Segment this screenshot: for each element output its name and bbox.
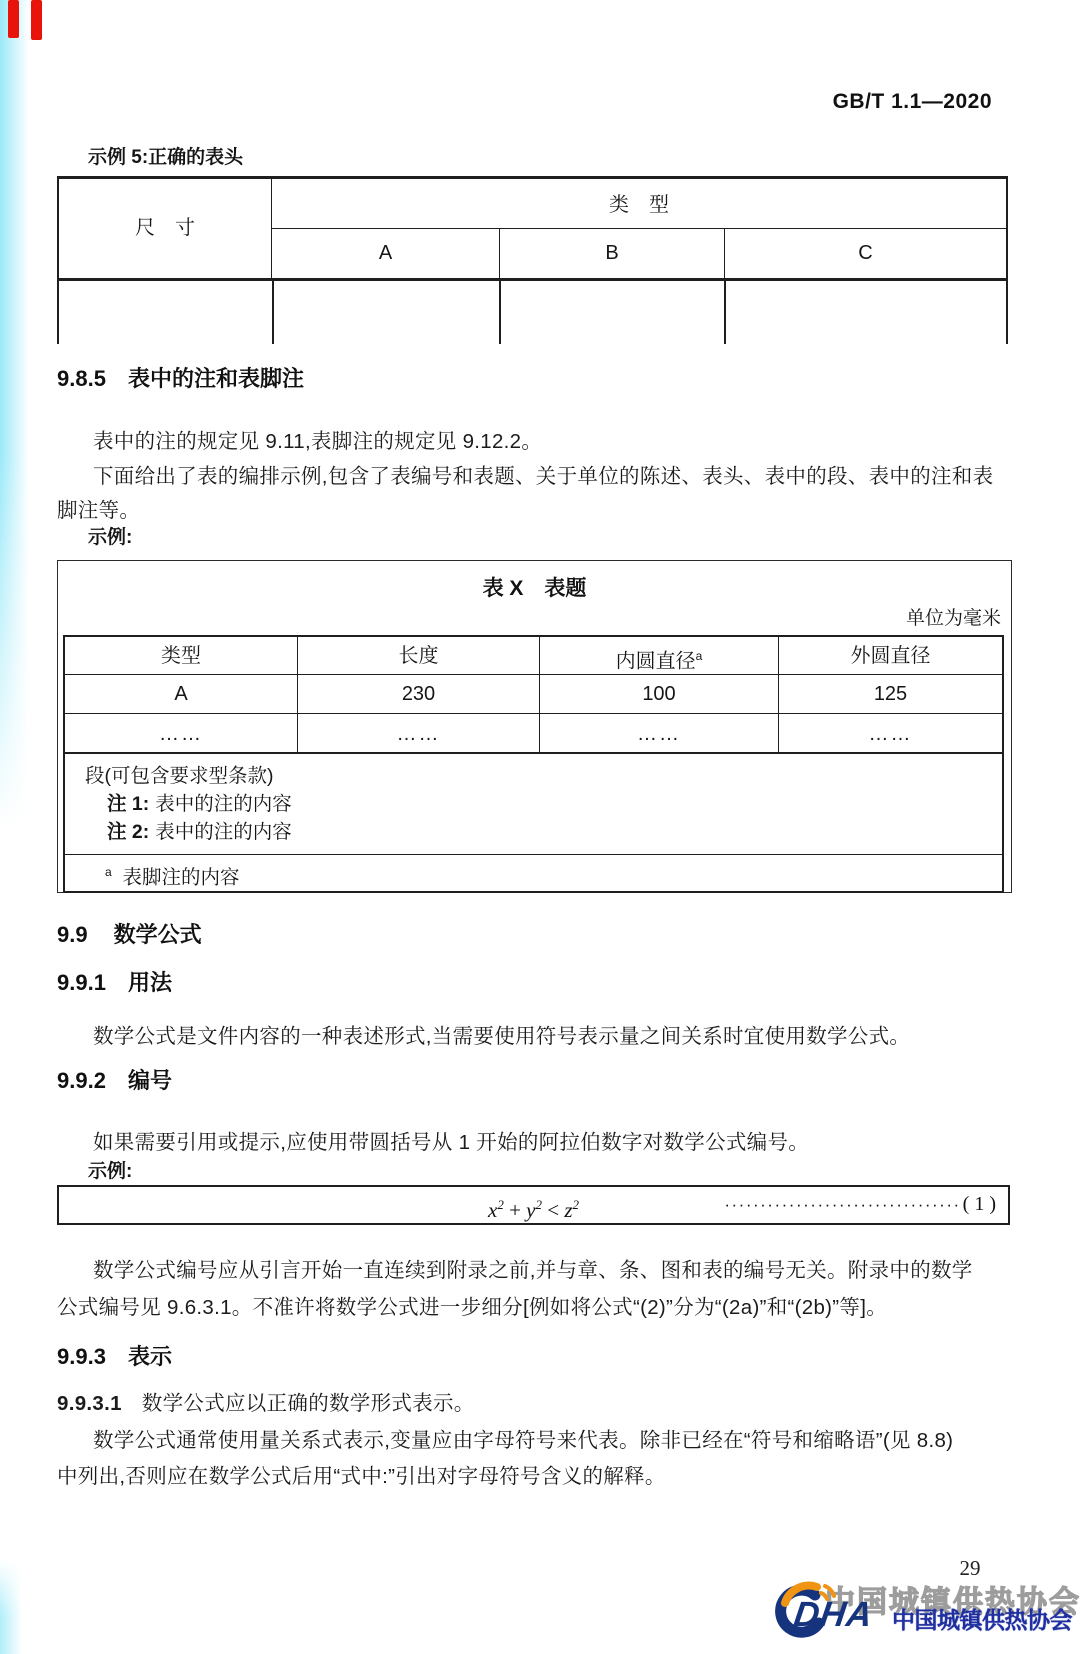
table-head-example: 尺 寸 类 型 A B C	[57, 176, 1008, 344]
example-table-box: 表 X 表题 单位为毫米 类型 长度 内圆直径a 外圆直径 A 230 100 …	[57, 560, 1012, 893]
section-991-heading: 9.9.1用法	[57, 966, 172, 997]
red-mark-2	[31, 0, 42, 40]
document-page: GB/T 1.1—2020 示例 5:正确的表头 尺 寸 类 型 A B C 9…	[0, 0, 1080, 1654]
cell: 230	[297, 675, 539, 713]
para-example-intro-line1: 下面给出了表的编排示例,包含了表编号和表题、关于单位的陈述、表头、表中的段、表中…	[93, 458, 993, 495]
example5-label: 示例 5:正确的表头	[88, 142, 243, 169]
header-inner-diameter: 内圆直径a	[539, 637, 778, 674]
formula-plus: +	[504, 1198, 526, 1222]
header-outer-diameter: 外圆直径	[778, 637, 1002, 674]
table1-cell-c: C	[724, 229, 1006, 278]
section-991-number: 9.9.1	[57, 970, 106, 995]
section-993-title: 表示	[128, 1344, 172, 1369]
table1-body-vline	[272, 281, 274, 344]
table-note-2: 注 2:表中的注的内容	[85, 818, 1002, 846]
para-notes-rule: 表中的注的规定见 9.11,表脚注的规定见 9.12.2。	[93, 423, 542, 460]
example-label-formula: 示例:	[88, 1156, 132, 1183]
section-9931-text: 数学公式应以正确的数学形式表示。	[142, 1392, 475, 1415]
org-logo: 中国城镇供热协会 DHA 中国城镇供热协会	[730, 1575, 1080, 1653]
example-table-unit-note: 单位为毫米	[906, 603, 1001, 630]
footnote-sup: a	[105, 865, 112, 879]
section-985-number: 9.8.5	[57, 366, 106, 391]
example-table: 类型 长度 内圆直径a 外圆直径 A 230 100 125 …… …… …… …	[63, 635, 1004, 893]
footnote-text: 表脚注的内容	[123, 867, 240, 889]
example-table-row-a: A 230 100 125	[65, 675, 1002, 714]
formula-number-leader: ·································( 1 )	[724, 1187, 996, 1223]
table1-cell-dimension: 尺 寸	[59, 179, 272, 278]
section-993-number: 9.9.3	[57, 1344, 106, 1369]
example-table-notes-section: 段(可包含要求型条款) 注 1:表中的注的内容 注 2:表中的注的内容	[65, 754, 1002, 855]
para-formula-numbering: 如果需要引用或提示,应使用带圆括号从 1 开始的阿拉伯数字对数学公式编号。	[93, 1124, 809, 1161]
red-mark-1	[8, 0, 19, 38]
note1-label: 注 1:	[107, 793, 149, 815]
cell: ……	[65, 714, 297, 752]
section-9931-number: 9.9.3.1	[57, 1392, 122, 1415]
formula-var-x: x	[488, 1198, 497, 1222]
section-992-title: 编号	[128, 1068, 172, 1093]
section-99-heading: 9.9数学公式	[57, 918, 202, 949]
doc-code-header: GB/T 1.1—2020	[833, 90, 992, 114]
table-paragraph: 段(可包含要求型条款)	[85, 762, 1002, 790]
section-9931-runin: 9.9.3.1数学公式应以正确的数学形式表示。	[57, 1385, 475, 1422]
section-992-heading: 9.9.2编号	[57, 1064, 172, 1095]
section-985-title: 表中的注和表脚注	[128, 366, 304, 391]
example-label: 示例:	[88, 522, 132, 549]
header-inner-diameter-sup: a	[696, 649, 703, 663]
cell: A	[65, 675, 297, 713]
cell: ……	[539, 714, 778, 752]
para-numbering-rule-line1: 数学公式编号应从引言开始一直连续到附录之前,并与章、条、图和表的编号无关。附录中…	[93, 1252, 973, 1289]
header-length: 长度	[297, 637, 539, 674]
para-numbering-rule-line2: 公式编号见 9.6.3.1。不准许将数学公式进一步细分[例如将公式“(2)”分为…	[57, 1289, 887, 1326]
formula-number: ( 1 )	[963, 1193, 996, 1215]
cell: 125	[778, 675, 1002, 713]
section-99-title: 数学公式	[114, 922, 202, 947]
cell: ……	[778, 714, 1002, 752]
cell: 100	[539, 675, 778, 713]
section-991-title: 用法	[128, 970, 172, 995]
section-992-number: 9.9.2	[57, 1068, 106, 1093]
para-representation-line1: 数学公式通常使用量关系式表示,变量应由字母符号来代表。除非已经在“符号和缩略语”…	[93, 1422, 953, 1459]
section-985-heading: 9.8.5表中的注和表脚注	[57, 362, 304, 393]
table1-body-vline	[499, 281, 501, 344]
note2-label: 注 2:	[107, 821, 149, 843]
para-representation-line2: 中列出,否则应在数学公式后用“式中:”引出对字母符号含义的解释。	[57, 1458, 666, 1495]
org-abbr-text: DHA	[791, 1595, 875, 1635]
example-table-header-row: 类型 长度 内圆直径a 外圆直径	[65, 637, 1002, 675]
para-formula-usage: 数学公式是文件内容的一种表述形式,当需要使用符号表示量之间关系时宜使用数学公式。	[93, 1018, 910, 1055]
table1-cell-b: B	[499, 229, 724, 278]
formula-example-box: x2 + y2 < z2 ···························…	[57, 1185, 1010, 1225]
formula-sup: 2	[573, 1197, 580, 1212]
table1-body-vline	[724, 281, 726, 344]
table1-header-divider	[59, 278, 1006, 281]
bottom-left-scan-gradient	[0, 1560, 26, 1654]
note1-text: 表中的注的内容	[155, 793, 292, 815]
example-table-title: 表 X 表题	[58, 572, 1011, 602]
header-type: 类型	[65, 637, 297, 674]
org-name-text: 中国城镇供热协会	[892, 1602, 1072, 1635]
cell: ……	[297, 714, 539, 752]
example-table-row-ellipsis: …… …… …… ……	[65, 714, 1002, 754]
table-note-1: 注 1:表中的注的内容	[85, 790, 1002, 818]
table1-cell-a: A	[272, 229, 499, 278]
formula-less-than: <	[542, 1198, 564, 1222]
example-table-footnote: a 表脚注的内容	[65, 855, 1002, 891]
table1-cell-type: 类 型	[272, 179, 1006, 229]
note2-text: 表中的注的内容	[155, 821, 292, 843]
section-993-heading: 9.9.3表示	[57, 1340, 172, 1371]
header-inner-diameter-text: 内圆直径	[616, 651, 696, 673]
formula-var-z: z	[564, 1198, 572, 1222]
leader-dots: ·································	[724, 1195, 960, 1214]
section-99-number: 9.9	[57, 922, 88, 947]
left-edge-scan-gradient	[0, 0, 34, 830]
